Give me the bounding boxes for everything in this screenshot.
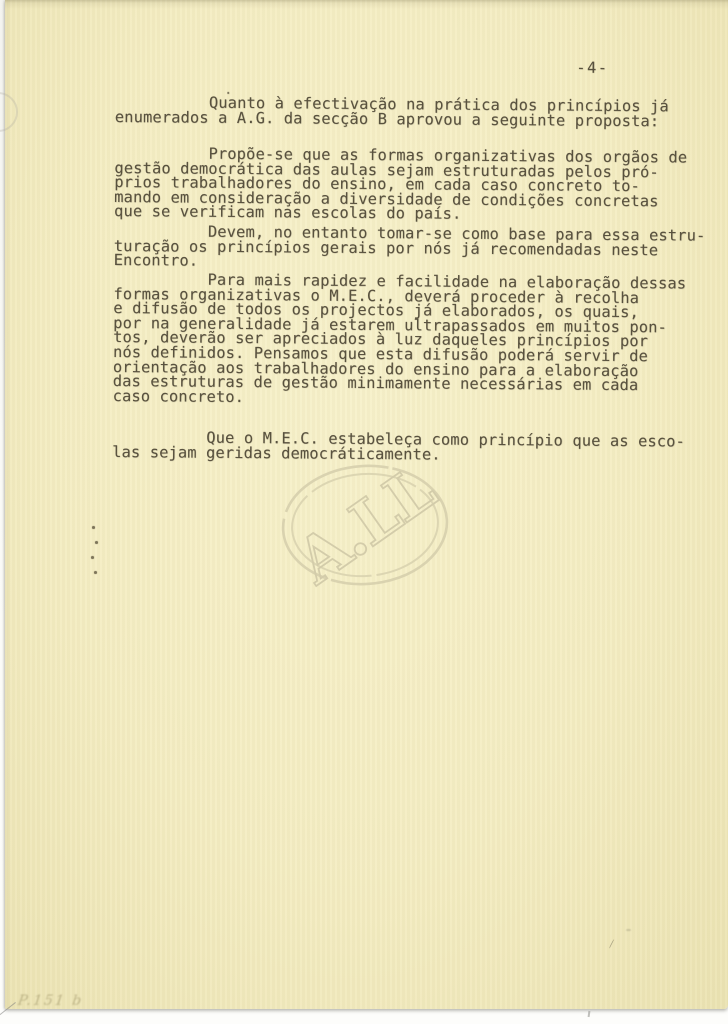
paragraph-conclusion: Que o M.E.C. estabeleça como princípio q…	[112, 430, 685, 464]
typed-text-layer: -4- . Quanto à efectivação na prática do…	[0, 0, 728, 1024]
paragraph-intro: Quanto à efectivação na prática dos prin…	[115, 95, 669, 129]
paragraph-proposal: Propõe-se que as formas organizativas do…	[114, 146, 687, 223]
paragraph-mec-diffusion: Para mais rapidez e facilidade na elabor…	[113, 272, 687, 408]
staple-hole-mark	[91, 556, 94, 559]
typed-line: enumerados a A.G. da secção B aprovou a …	[115, 110, 669, 129]
staple-hole-mark	[94, 571, 97, 574]
staple-hole-mark	[92, 526, 95, 529]
typed-line: turação os princípios gerais por nós já …	[114, 239, 706, 258]
paragraph-principles: Devem, no entanto tomar-se como base par…	[114, 224, 706, 272]
ink-smudge	[626, 929, 631, 931]
page-number: -4-	[576, 61, 608, 76]
pencil-annotation: P.151 b	[17, 993, 84, 1009]
staple-hole-mark	[95, 541, 98, 544]
